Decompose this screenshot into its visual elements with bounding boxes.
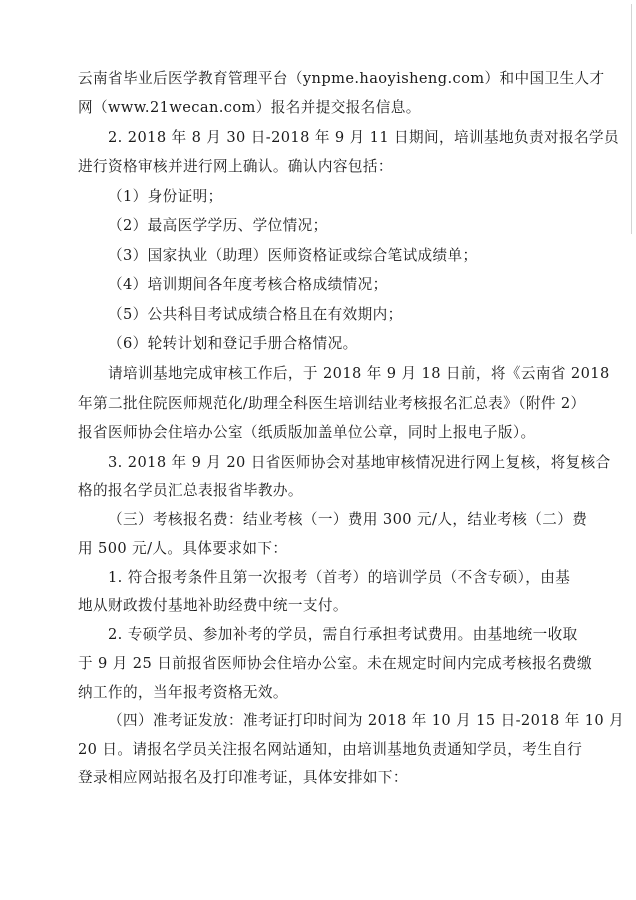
- text-line-ticket-print: 登录相应网站报名及打印准考证，具体安排如下：: [78, 767, 408, 789]
- text-line-item-3-recheck: 3. 2018 年 9 月 20 日省医师协会对基地审核情况进行网上复核，将复核…: [108, 452, 611, 474]
- text-line-submit-info: 网（www.21wecan.com）报名并提交报名信息。: [78, 97, 421, 119]
- text-line-fee-requirements: 用 500 元/人。具体要求如下：: [78, 538, 287, 560]
- text-line-report-education-office: 格的报名学员汇总表报省毕教办。: [78, 480, 303, 502]
- text-line-sub-2-education: （2）最高医学学历、学位情况；: [108, 215, 328, 237]
- scanned-document-page: 云南省毕业后医学教育管理平台（ynpme.haoyisheng.com）和中国卫…: [0, 0, 636, 900]
- text-line-sub-6-rotation-plan: （6）轮转计划和登记手册合格情况。: [108, 333, 358, 355]
- text-line-section-3-fees: （三）考核报名费：结业考核（一）费用 300 元/人，结业考核（二）费: [108, 509, 587, 531]
- scan-edge-line: [631, 4, 632, 234]
- text-line-fee-1-first-exam: 1. 符合报考条件且第一次报考（首考）的培训学员（不含专硕），由基: [108, 567, 570, 589]
- text-line-section-4-admission-ticket: （四）准考证发放：准考证打印时间为 2018 年 10 月 15 日-2018 …: [108, 710, 624, 732]
- text-line-platform-sites: 云南省毕业后医学教育管理平台（ynpme.haoyisheng.com）和中国卫…: [78, 68, 604, 90]
- text-line-summary-table-title: 年第二批住院医师规范化/助理全科医生培训结业考核报名汇总表》（附件 2）: [78, 393, 586, 415]
- text-line-confirm-contents: 进行资格审核并进行网上确认。确认内容包括：: [78, 156, 393, 178]
- text-line-fee-1-funding: 地从财政拨付基地补助经费中统一支付。: [78, 595, 348, 617]
- text-line-fee-2-self-pay: 2. 专硕学员、参加补考的学员，需自行承担考试费用。由基地统一收取: [108, 624, 578, 646]
- text-line-report-office: 报省医师协会住培办公室（纸质版加盖单位公章，同时上报电子版）。: [78, 422, 536, 444]
- text-line-ticket-notice: 20 日。请报名学员关注报名网站通知，由培训基地负责通知学员，考生自行: [78, 739, 582, 761]
- text-line-fee-2-deadline: 于 9 月 25 日前报省医师协会住培办公室。未在规定时间内完成考核报名费缴: [78, 653, 592, 675]
- text-line-sub-1-id: （1）身份证明；: [108, 186, 223, 208]
- text-line-base-submit-deadline: 请培训基地完成审核工作后，于 2018 年 9 月 18 日前，将《云南省 20…: [108, 363, 610, 385]
- text-line-item-2-review-period: 2. 2018 年 8 月 30 日-2018 年 9 月 11 日期间，培训基…: [108, 127, 619, 149]
- text-line-fee-2-invalid: 纳工作的，当年报考资格无效。: [78, 682, 288, 704]
- text-line-sub-5-public-subjects: （5）公共科目考试成绩合格且在有效期内；: [108, 304, 403, 326]
- text-line-sub-4-annual-assessment: （4）培训期间各年度考核合格成绩情况；: [108, 274, 388, 296]
- text-line-sub-3-license: （3）国家执业（助理）医师资格证或综合笔试成绩单；: [108, 245, 478, 267]
